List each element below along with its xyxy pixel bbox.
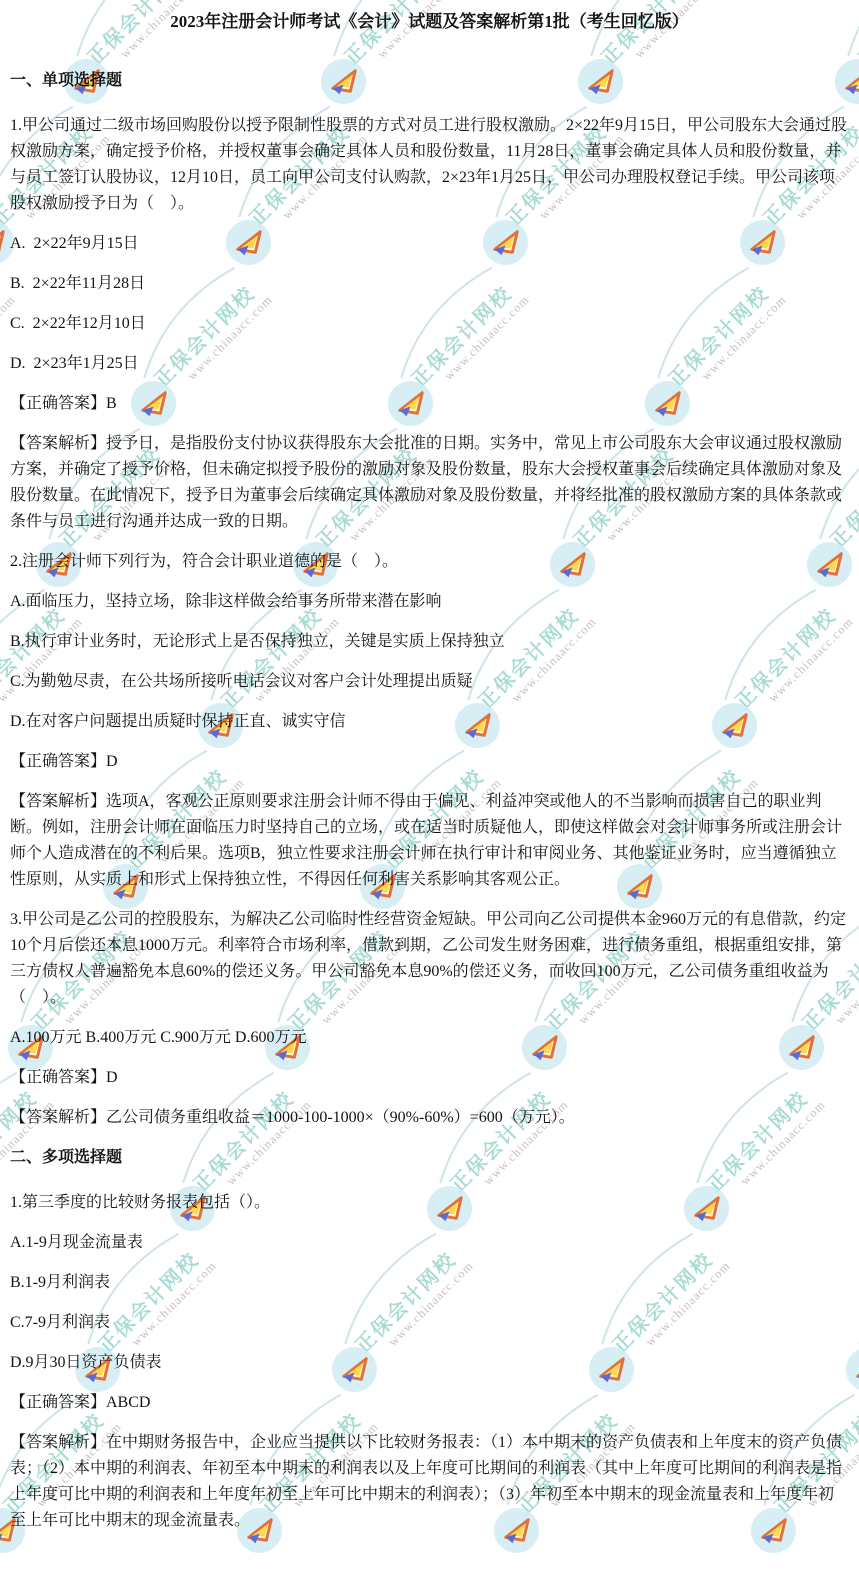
answer-line: 【正确答案】ABCD	[10, 1390, 849, 1416]
answer-line: 【正确答案】B	[10, 391, 849, 417]
analysis-line: 【答案解析】授予日，是指股份支付协议获得股东大会批准的日期。实务中，常见上市公司…	[10, 431, 849, 535]
option-line: A.1-9月现金流量表	[10, 1230, 849, 1256]
option-line: C.为勤勉尽责，在公共场所接听电话会议对客户会计处理提出质疑	[10, 669, 849, 695]
answer-line: 【正确答案】D	[10, 1065, 849, 1091]
analysis-line: 【答案解析】选项A，客观公正原则要求注册会计师不得由于偏见、利益冲突或他人的不当…	[10, 789, 849, 893]
option-line: D.9月30日资产负债表	[10, 1350, 849, 1376]
section-heading: 二、多项选择题	[10, 1145, 849, 1171]
question-stem: 1.第三季度的比较财务报表包括（）。	[10, 1190, 849, 1216]
question-stem: 2.注册会计师下列行为，符合会计职业道德的是（ ）。	[10, 549, 849, 575]
document-body: 一、单项选择题1.甲公司通过二级市场回购股份以授予限制性股票的方式对员工进行股权…	[10, 68, 849, 1534]
analysis-line: 【答案解析】在中期财务报告中，企业应当提供以下比较财务报表：（1）本中期末的资产…	[10, 1430, 849, 1534]
option-line: A.100万元 B.400万元 C.900万元 D.600万元	[10, 1025, 849, 1051]
section-heading: 一、单项选择题	[10, 68, 849, 94]
page-title: 2023年注册会计师考试《会计》试题及答案解析第1批（考生回忆版）	[10, 9, 849, 35]
document-content: 2023年注册会计师考试《会计》试题及答案解析第1批（考生回忆版） 一、单项选择…	[0, 0, 859, 1574]
option-line: B.1-9月利润表	[10, 1270, 849, 1296]
question-stem: 3.甲公司是乙公司的控股股东，为解决乙公司临时性经营资金短缺。甲公司向乙公司提供…	[10, 907, 849, 1011]
option-line: C.7-9月利润表	[10, 1310, 849, 1336]
option-line: D.在对客户问题提出质疑时保持正直、诚实守信	[10, 709, 849, 735]
option-line: B. 2×22年11月28日	[10, 271, 849, 297]
option-line: A. 2×22年9月15日	[10, 231, 849, 257]
analysis-line: 【答案解析】乙公司债务重组收益＝1000-100-1000×（90%-60%）=…	[10, 1105, 849, 1131]
option-line: A.面临压力，坚持立场，除非这样做会给事务所带来潜在影响	[10, 589, 849, 615]
answer-line: 【正确答案】D	[10, 749, 849, 775]
option-line: D. 2×23年1月25日	[10, 351, 849, 377]
option-line: B.执行审计业务时，无论形式上是否保持独立，关键是实质上保持独立	[10, 629, 849, 655]
question-stem: 1.甲公司通过二级市场回购股份以授予限制性股票的方式对员工进行股权激励。2×22…	[10, 113, 849, 217]
option-line: C. 2×22年12月10日	[10, 311, 849, 337]
page: { "page": { "title": "2023年注册会计师考试《会计》试题…	[0, 0, 859, 1574]
